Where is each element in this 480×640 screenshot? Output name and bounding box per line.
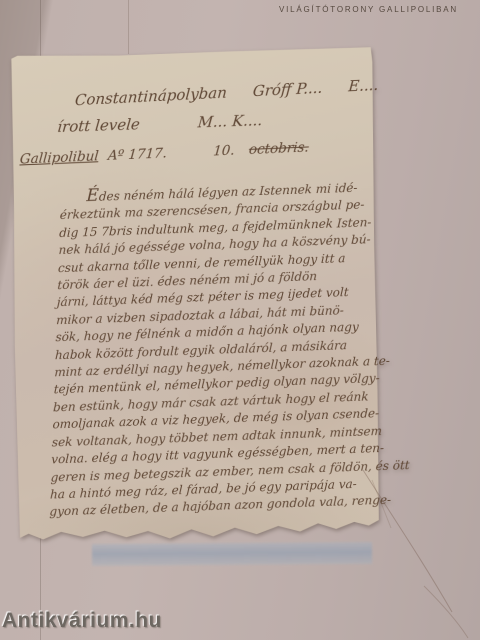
dateline-day: 10.	[213, 142, 236, 159]
heading-written: írott levele	[57, 115, 141, 136]
watermark: Antikvárium.hu	[2, 609, 162, 633]
photo-caption: VILÁGÍTÓTORONY GALLIPOLIBAN	[279, 5, 458, 14]
heading-author: Gróff P....	[252, 79, 323, 101]
heading-initial: E....	[348, 76, 379, 96]
dateline-anno: Aº 1717.	[107, 145, 167, 164]
letter-sheet: Constantinápolyban Gróff P.... E.... íro…	[10, 47, 380, 543]
small-crease	[128, 0, 129, 54]
letter-body: Édes néném hálá légyen az Istennek mi id…	[49, 178, 378, 521]
heading-recipient: M... K....	[197, 111, 263, 131]
dateline-place: Gallipolibul	[19, 148, 99, 167]
blue-paper-strip	[92, 542, 372, 566]
photo-of-manuscript: VILÁGÍTÓTORONY GALLIPOLIBAN Constantináp…	[0, 0, 480, 640]
dateline-month: octobris.	[248, 139, 309, 158]
